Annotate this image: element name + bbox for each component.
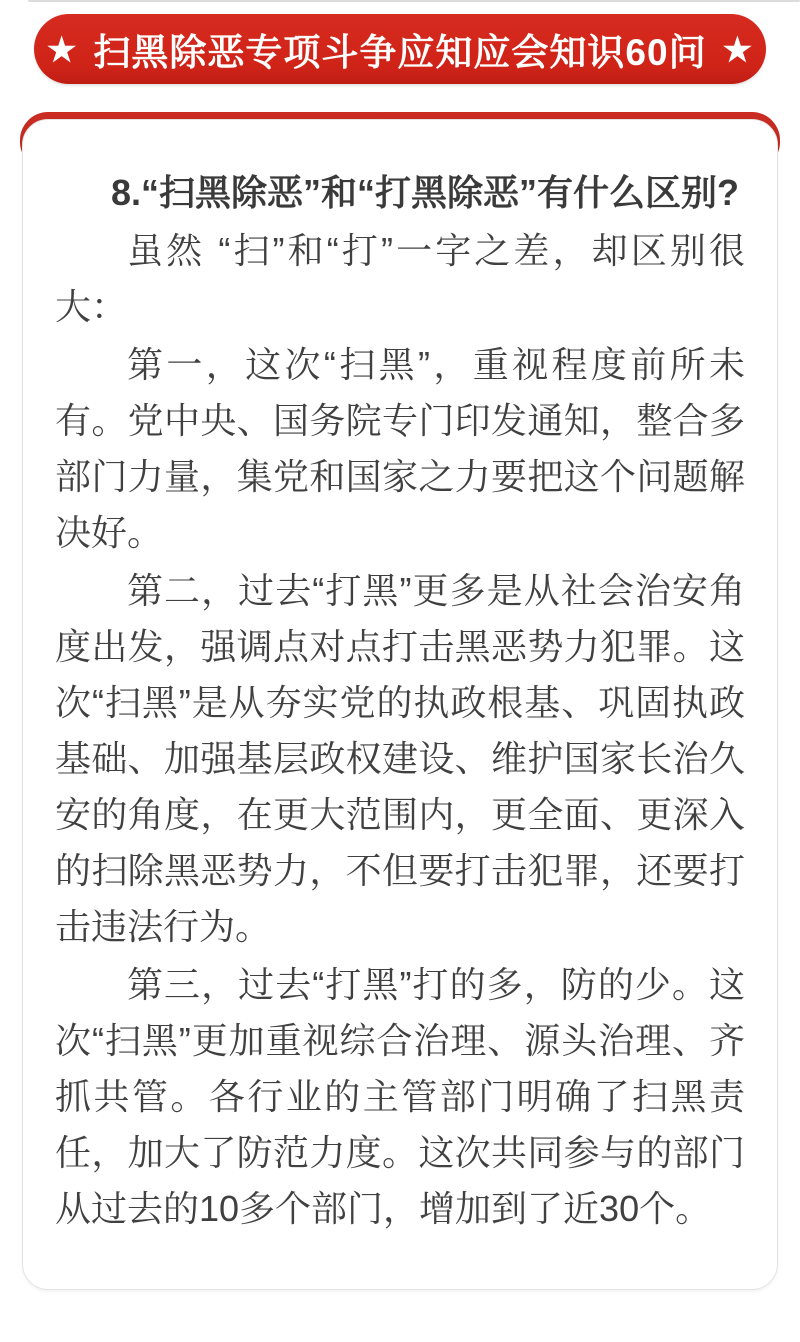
paragraph: 虽然 “扫”和“打”一字之差，却区别很大： — [55, 223, 745, 335]
previous-card-edge — [28, 0, 800, 2]
star-icon: ★ — [723, 33, 754, 66]
banner-title: 扫黑除恶专项斗争应知应会知识60问 — [93, 22, 706, 76]
article-card: 8.“扫黑除恶”和“打黑除恶”有什么区别? 虽然 “扫”和“打”一字之差，却区别… — [22, 119, 778, 1290]
article-content: 8.“扫黑除恶”和“打黑除恶”有什么区别? 虽然 “扫”和“打”一字之差，却区别… — [23, 120, 777, 1237]
paragraph: 第一，这次“扫黑”，重视程度前所未有。党中央、国务院专门印发通知，整合多部门力量… — [55, 337, 745, 561]
paragraph: 第二，过去“打黑”更多是从社会治安角度出发，强调点对点打击黑恶势力犯罪。这次“扫… — [55, 563, 745, 955]
star-icon: ★ — [47, 33, 78, 66]
paragraph: 第三，过去“打黑”打的多，防的少。这次“扫黑”更加重视综合治理、源头治理、齐抓共… — [55, 957, 745, 1237]
question-title: 8.“扫黑除恶”和“打黑除恶”有什么区别? — [55, 165, 745, 221]
article-body: 虽然 “扫”和“打”一字之差，却区别很大：第一，这次“扫黑”，重视程度前所未有。… — [55, 223, 745, 1237]
header-banner: ★ 扫黑除恶专项斗争应知应会知识60问 ★ — [34, 14, 766, 84]
